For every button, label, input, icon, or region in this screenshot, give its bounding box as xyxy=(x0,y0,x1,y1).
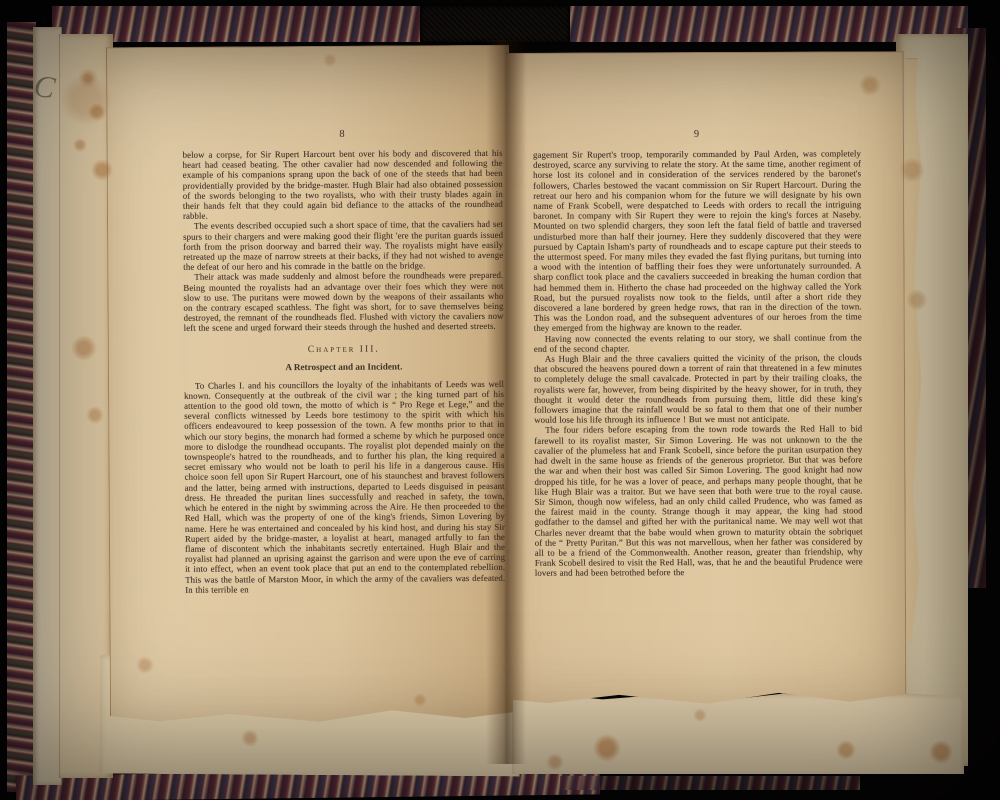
page-number-left: 8 xyxy=(182,128,502,141)
paragraph: As Hugh Blair and the three cavaliers qu… xyxy=(534,352,862,425)
marbled-board-top-edge xyxy=(52,6,968,42)
spine-cloth xyxy=(420,6,570,42)
paragraph: Having now connected the events relating… xyxy=(534,332,862,354)
paragraph: The events described occupied such a sho… xyxy=(183,219,503,272)
chapter-subtitle: A Retrospect and an Incident. xyxy=(184,360,504,372)
page-9: 9 gagement Sir Rupert's troop, temporari… xyxy=(505,51,907,706)
gutter-shadow xyxy=(486,40,526,764)
pencil-mark: C xyxy=(31,68,57,107)
photo-background: C 8 below a corpse, for Sir Rupert Harco… xyxy=(0,0,1000,800)
paragraph: To Charles I. and his councillors the lo… xyxy=(184,378,505,594)
page-9-text-block: 9 gagement Sir Rupert's troop, temporari… xyxy=(533,128,863,689)
paragraph: The four riders before escaping from the… xyxy=(534,424,863,578)
page-edges-left-outer: C xyxy=(33,27,62,785)
marbled-board-bottom-edge-faint xyxy=(560,776,860,790)
marbled-board-left-edge xyxy=(7,22,36,792)
chapter-heading: Chapter III. xyxy=(184,342,504,355)
paragraph: gagement Sir Rupert's troop, temporarily… xyxy=(533,148,862,333)
page-8-text-block: 8 below a corpse, for Sir Rupert Harcour… xyxy=(182,128,505,690)
paragraph: Their attack was made suddenly and almos… xyxy=(183,270,503,333)
page-number-right: 9 xyxy=(533,128,861,140)
page-8: 8 below a corpse, for Sir Rupert Harcour… xyxy=(106,45,513,724)
under-page-edge-bottom-right xyxy=(512,692,964,774)
paragraph: below a corpse, for Sir Rupert Harcourt … xyxy=(183,148,503,221)
